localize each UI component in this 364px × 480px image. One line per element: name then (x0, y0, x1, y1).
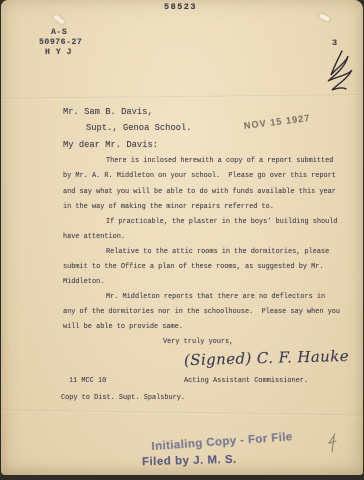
reference-code: 11 MCC 10 (69, 377, 106, 385)
paper-crease (1, 409, 363, 416)
serial-number: 58523 (164, 2, 197, 12)
recipient-title: Supt., Genoa School. (86, 123, 192, 133)
initialing-copy-stamp: Initialing Copy - For File (151, 431, 293, 453)
punch-hole (318, 13, 330, 22)
letter-page: 58523 A-S 50976-27 H Y J 3 Mr. Sam B. Da… (1, 0, 363, 475)
signer-title: Acting Assistant Commissioner. (184, 377, 308, 385)
letter-body-line: Relative to the attic rooms in the dormi… (106, 248, 329, 256)
closing: Very truly yours, (163, 338, 233, 346)
paper-crease (1, 94, 363, 100)
recipient-name: Mr. Sam B. Davis, (63, 107, 153, 117)
cc-line: Copy to Dist. Supt. Spalsbury. (61, 394, 185, 402)
letter-body-line: in the way of making the minor repairs r… (63, 203, 274, 211)
letter-body-line: Mr. Middleton reports that there are no … (106, 293, 325, 301)
letter-body-line: There is inclosed herewith a copy of a r… (106, 157, 333, 165)
file-code-line: 50976-27 (39, 38, 82, 47)
handwritten-initials (317, 48, 359, 96)
file-code-line: A-S (51, 28, 67, 37)
letter-body-line: will be able to provide same. (63, 323, 183, 331)
salutation: My dear Mr. Davis: (63, 140, 158, 150)
letter-body-line: have attention. (63, 233, 125, 241)
letter-body-line: any of the dormitories nor in the school… (63, 308, 340, 316)
date-received-stamp: NOV 15 1927 (243, 113, 311, 132)
letter-body-line: and say what you will be able to do with… (63, 188, 336, 196)
file-code-line: H Y J (45, 48, 72, 57)
filed-by-stamp: Filed by J. M. S. (142, 454, 237, 468)
letter-body-line: by Mr. A. R. Middleton on your school. P… (63, 172, 336, 180)
letter-body-line: Middleton. (63, 278, 104, 286)
letter-body-line: If practicable, the plaster in the boys'… (106, 218, 338, 226)
letter-body-line: submit to the Office a plan of these roo… (63, 263, 324, 271)
scanned-letter-photo: { "document": { "serial_number": "58523"… (0, 0, 364, 480)
pencil-mark (325, 432, 339, 454)
page-number: 3 (332, 38, 337, 48)
signature-stamp: (Signed) C. F. Hauke (184, 347, 349, 369)
punch-hole (53, 14, 66, 25)
